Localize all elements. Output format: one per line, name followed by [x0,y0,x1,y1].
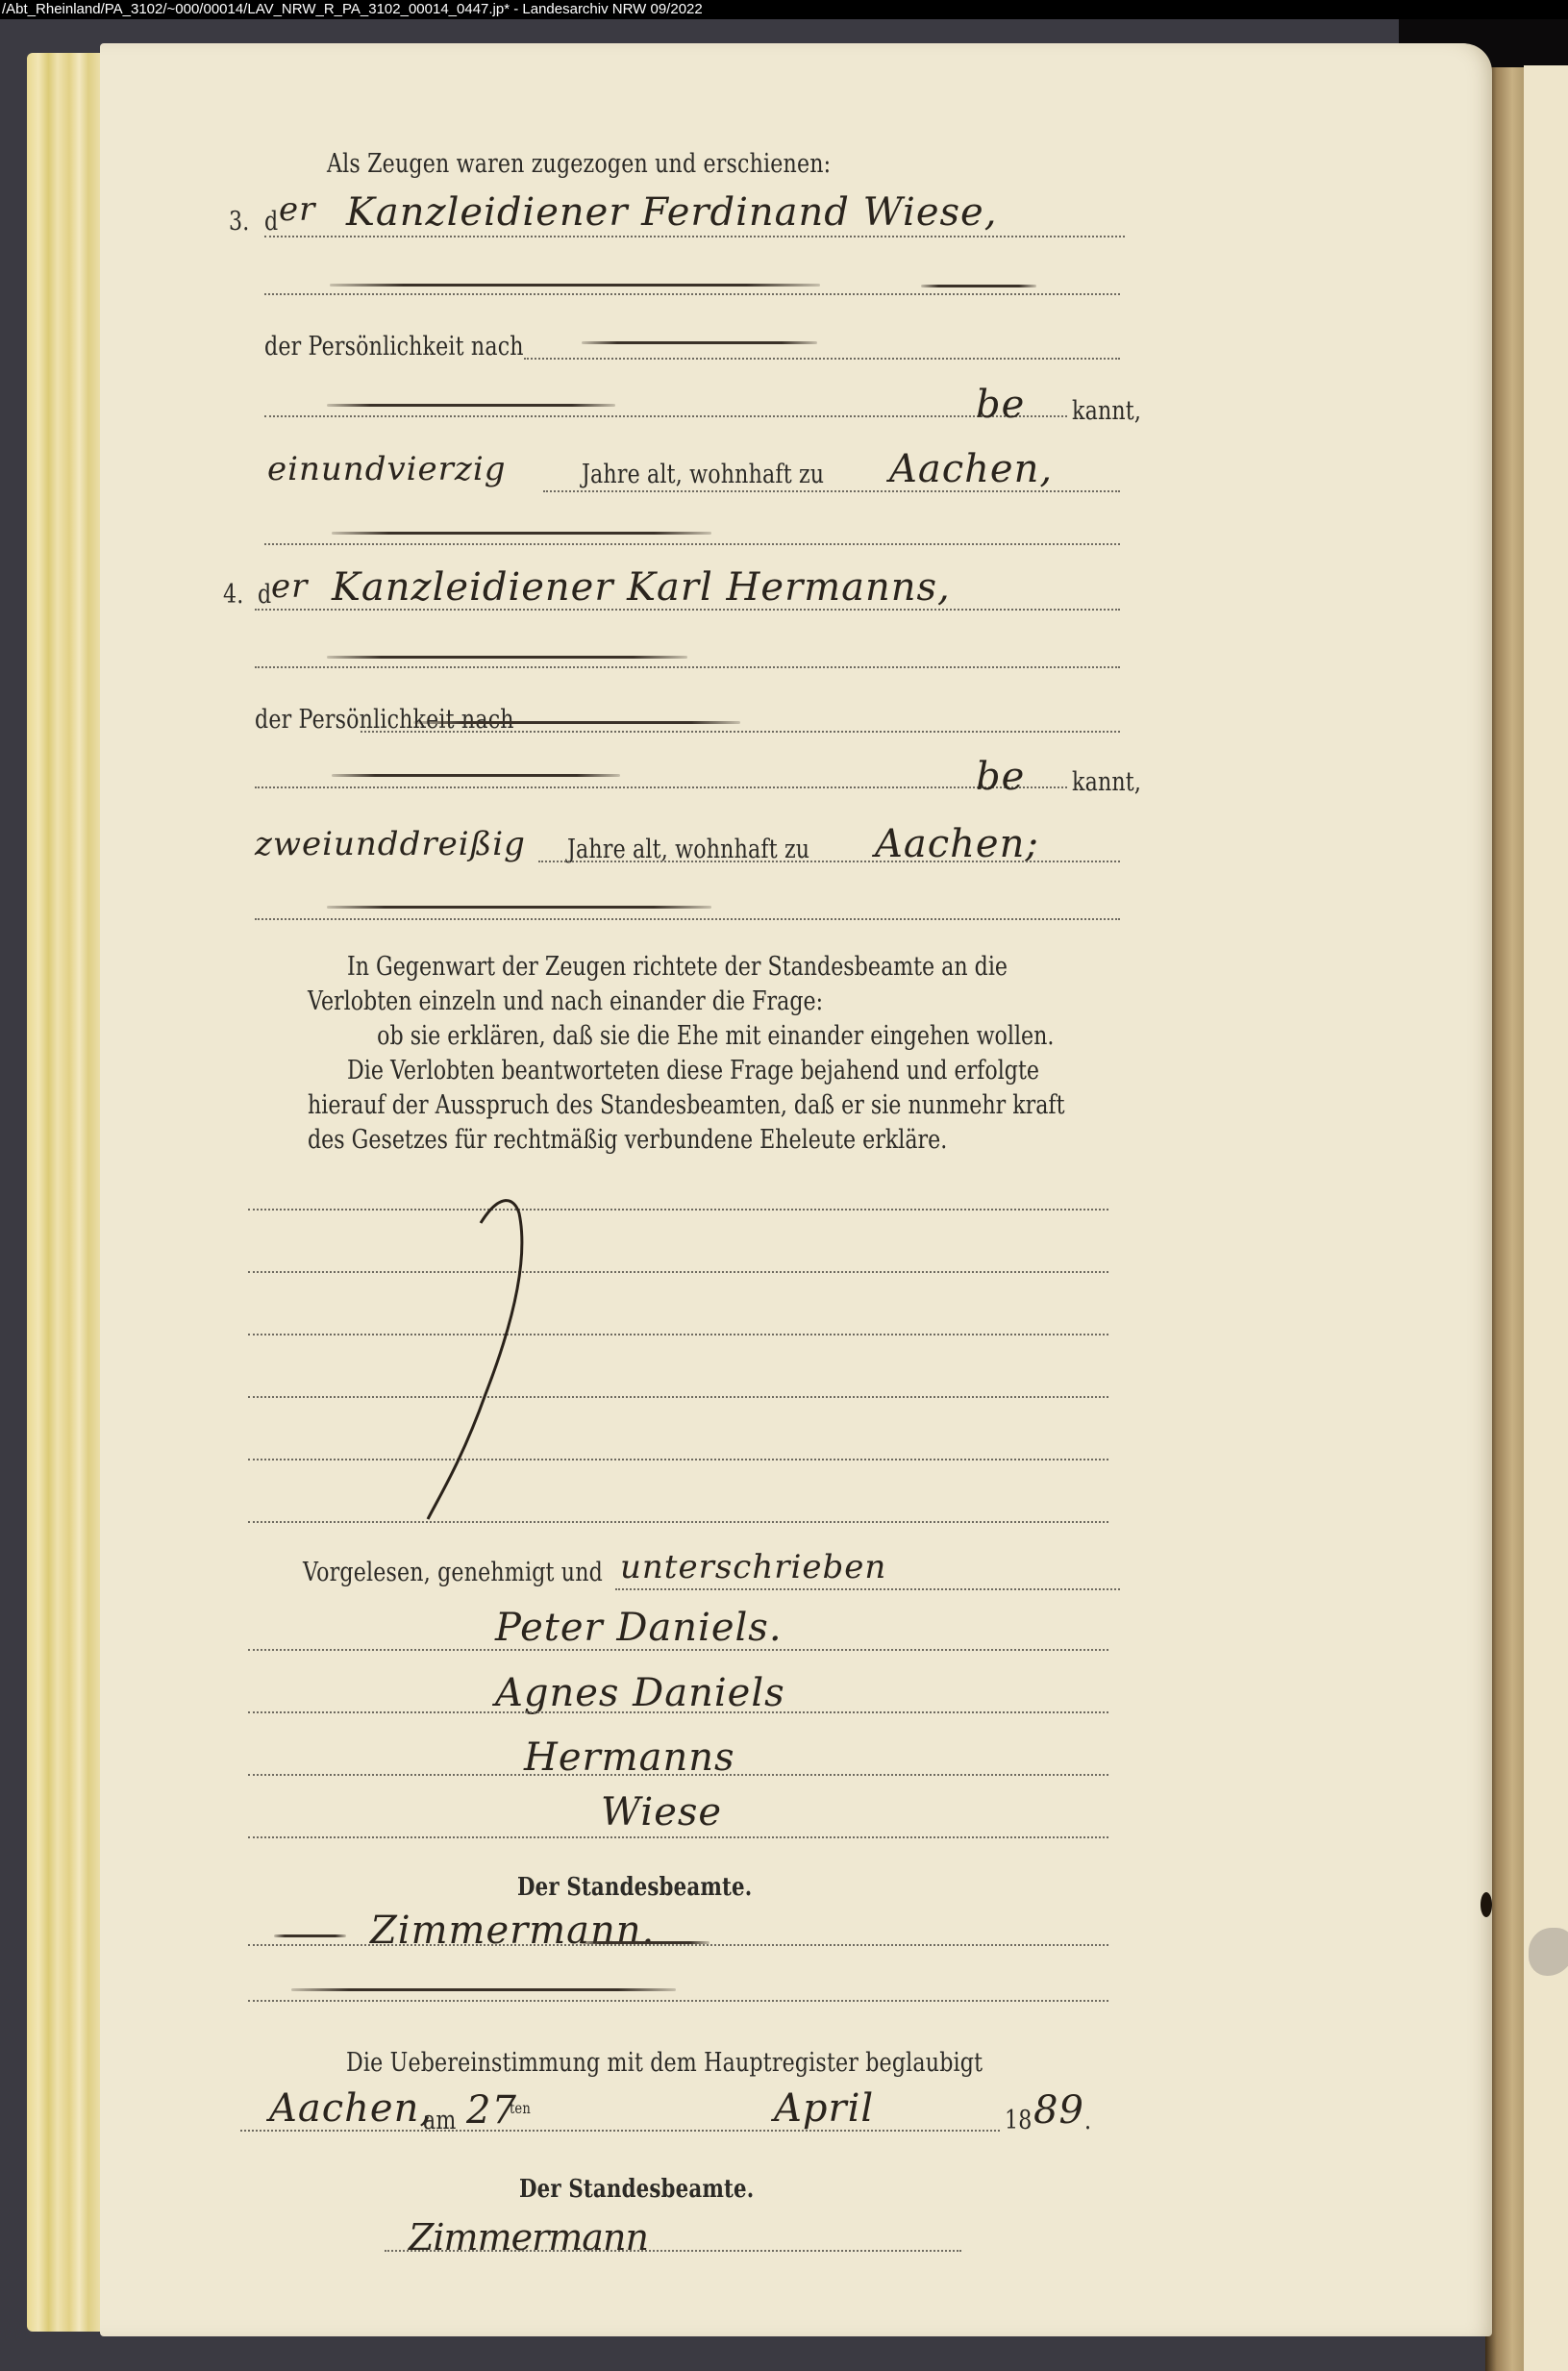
dotted-line [248,1944,1108,1946]
dotted-line [248,1774,1108,1776]
dotted-line [385,2250,961,2252]
year-print: 18 [1005,2106,1033,2135]
signed-hand: unterschrieben [620,1548,886,1586]
registrar-label: Der Standesbeamte. [517,1873,752,1902]
registrar-label-2: Der Standesbeamte. [519,2175,754,2204]
signature-bride: Agnes Daniels [495,1671,785,1715]
pen-line [291,1988,676,1991]
certification-text: Die Uebereinstimmung mit dem Hauptregist… [346,2048,983,2078]
signature-witness-wiese: Wiese [601,1790,722,1834]
registrar-signature-2: Zimmermann [409,2216,648,2259]
signature-groom: Peter Daniels. [495,1606,783,1650]
dotted-line [615,1588,1120,1590]
year-hand: 89 [1033,2088,1084,2133]
pen-line [274,1934,346,1937]
certification-month: April [774,2086,874,2131]
dotted-line [248,1836,1108,1838]
day-suffix: ten [510,2099,531,2117]
dotted-line [248,1649,1108,1651]
certification-place: Aachen, [269,2086,433,2131]
dotted-line [248,2000,1108,2002]
year-end: . [1084,2106,1091,2135]
void-stroke-icon [0,0,1568,2371]
dotted-line [248,1711,1108,1713]
registrar-signature: Zimmermann. [370,1909,655,1953]
dotted-line [240,2130,1000,2132]
read-approved-label: Vorgelesen, genehmigt und [303,1558,603,1587]
